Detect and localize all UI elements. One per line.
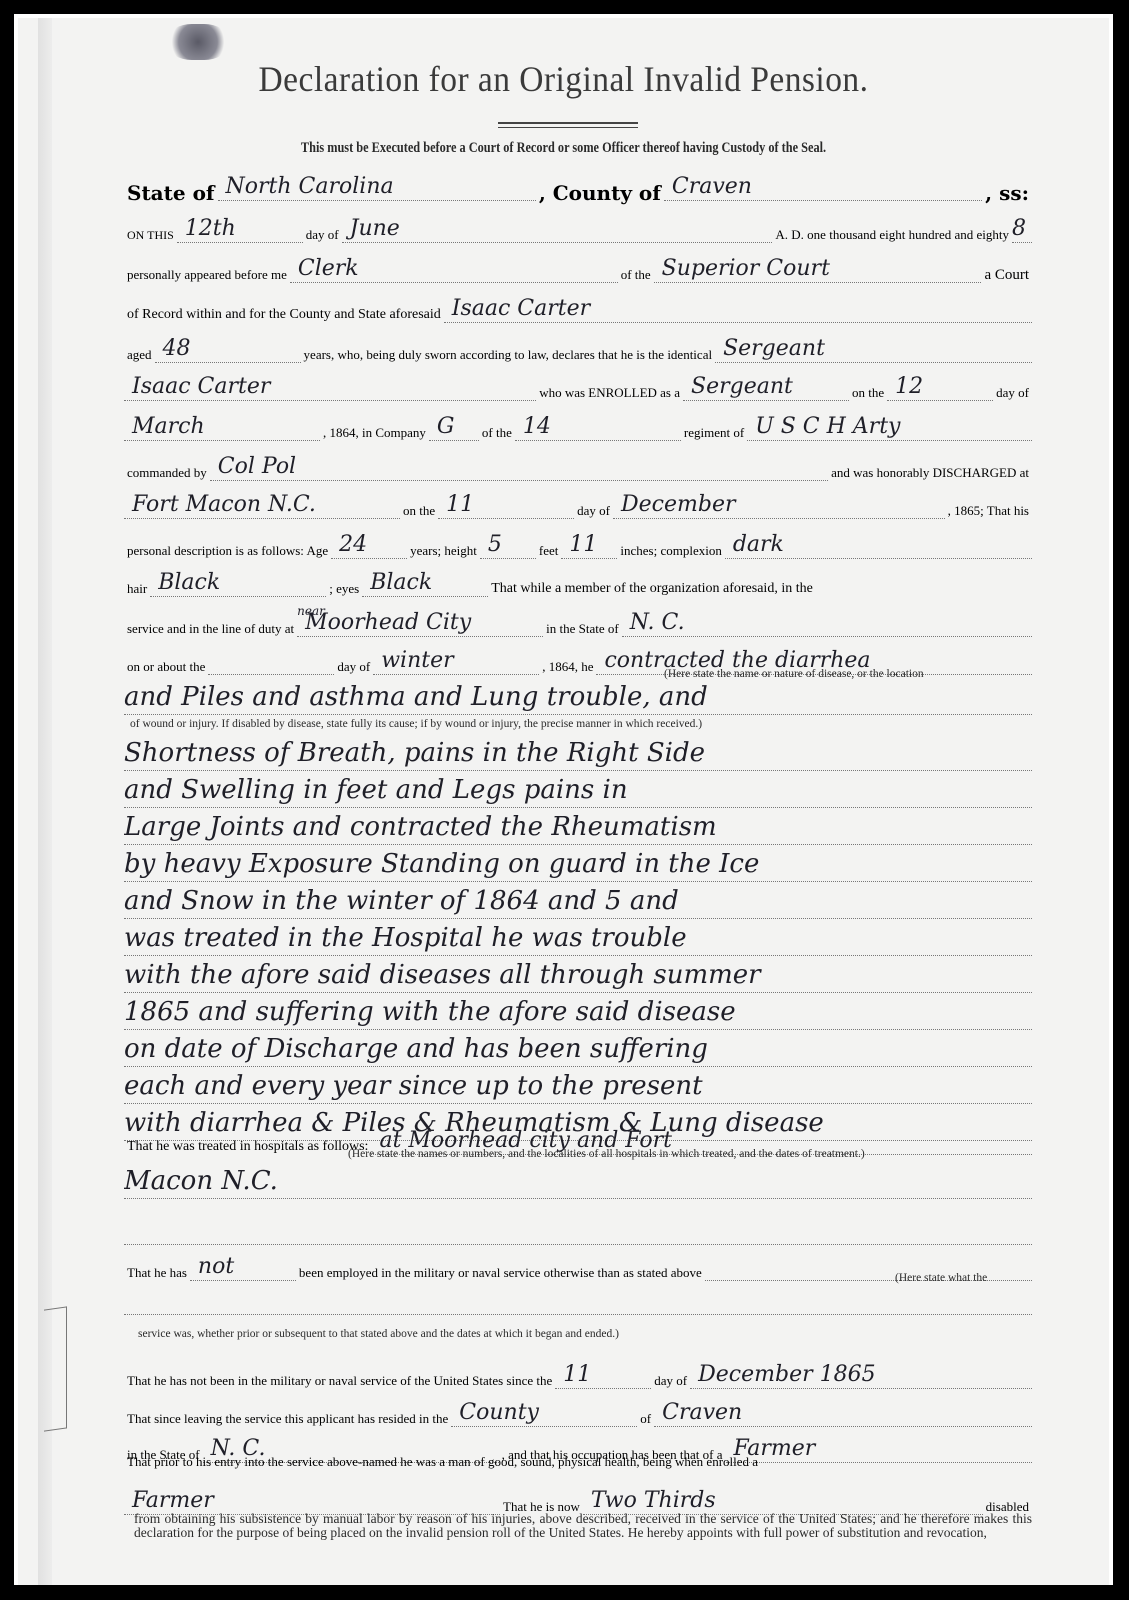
company-field[interactable]: G (429, 414, 479, 441)
hair-label: hair (124, 581, 150, 597)
residence-county-field[interactable]: Craven (654, 1400, 1032, 1427)
complexion-label: inches; complexion (617, 543, 724, 559)
date-line: ON THIS 12th day of June A. D. one thous… (124, 216, 1032, 243)
day-of-label-3: day of (574, 503, 613, 519)
pension-declaration-form: Declaration for an Original Invalid Pens… (18, 18, 1109, 1585)
of-the-label: of the (618, 267, 654, 283)
description-line: personal description is as follows: Age … (124, 532, 1032, 559)
state-of-label: in the State of (543, 621, 622, 637)
about-month-field[interactable]: winter (373, 648, 539, 675)
hospitals-note: (Here state the names or numbers, and th… (348, 1148, 865, 1160)
since-month-field[interactable]: December 1865 (690, 1362, 1032, 1389)
of-the-label-2: of the (479, 425, 515, 441)
rank-identical-field[interactable]: Sergeant (715, 336, 1032, 363)
regiment-number-field[interactable]: 14 (515, 414, 681, 441)
document-title: Declaration for an Original Invalid Pens… (56, 58, 1071, 100)
officer-field[interactable]: Clerk (290, 256, 618, 283)
employment-field[interactable]: not (190, 1254, 296, 1281)
ad-label: A. D. one thousand eight hundred and eig… (772, 227, 1012, 243)
narrative-line-2[interactable]: Shortness of Breath, pains in the Right … (124, 736, 1032, 771)
employment-label-end: been employed in the military or naval s… (296, 1265, 705, 1281)
document-frame: Declaration for an Original Invalid Pens… (14, 14, 1113, 1585)
enroll-year-label: , 1864, in Company (320, 425, 429, 441)
age-field[interactable]: 48 (155, 336, 301, 363)
county-label: , County of (536, 185, 664, 201)
duty-place-prefix: near (297, 598, 325, 624)
month-field[interactable]: June (342, 216, 773, 243)
since-day-field[interactable]: 11 (555, 1362, 651, 1389)
document-subtitle: This must be Executed before a Court of … (116, 140, 1011, 157)
commander-line: commanded by Col Pol and was honorably D… (124, 454, 1032, 481)
narrative-line-11[interactable]: each and every year since up to the pres… (124, 1069, 1032, 1104)
about-year-label: , 1864, he (539, 659, 596, 675)
sworn-label: years, who, being duly sworn according t… (301, 347, 716, 363)
enrolled-label: who was ENROLLED as a (536, 385, 683, 401)
on-the-label: on the (849, 385, 887, 401)
narrative-line-1[interactable]: and Piles and asthma and Lung trouble, a… (124, 680, 1032, 715)
duty-place-field[interactable]: near Moorhead City (297, 610, 543, 637)
narrative-line-4[interactable]: Large Joints and contracted the Rheumati… (124, 810, 1032, 845)
residence-field[interactable]: County (451, 1400, 637, 1427)
narrative-line-8[interactable]: with the afore said diseases all through… (124, 958, 1032, 993)
on-the-label-3: on the (400, 503, 438, 519)
narrative-line-6[interactable]: and Snow in the winter of 1864 and 5 and (124, 884, 1032, 919)
narrative-line-5[interactable]: by heavy Exposure Standing on guard in t… (124, 847, 1032, 882)
year-field[interactable]: 8 (1012, 216, 1032, 243)
discharge-day-field[interactable]: 11 (438, 492, 574, 519)
health-label: That prior to his entry into the service… (124, 1454, 761, 1470)
commander-field[interactable]: Col Pol (210, 454, 828, 481)
about-day-field[interactable] (208, 674, 334, 675)
narrative-line-3[interactable]: and Swelling in feet and Legs pains in (124, 773, 1032, 808)
employment-detail-field-2[interactable] (124, 1284, 1032, 1315)
feet-label: feet (536, 543, 561, 559)
member-label: That while a member of the organization … (488, 581, 816, 597)
commanded-label: commanded by (124, 465, 210, 481)
ink-stain (168, 24, 228, 60)
hair-eyes-line: hair Black ; eyes Black That while a mem… (124, 570, 1032, 597)
height-feet-field[interactable]: 5 (480, 532, 536, 559)
claimant-field[interactable]: Isaac Carter (444, 296, 1032, 323)
disease-note-2: of wound or injury. If disabled by disea… (130, 718, 702, 730)
residence-line: That since leaving the service this appl… (124, 1400, 1032, 1427)
eyes-label: ; eyes (326, 581, 362, 597)
state-label: State of (124, 185, 218, 201)
discharge-year-label: , 1865; That his (945, 503, 1032, 519)
rank-enrolled-field[interactable]: Sergeant (683, 374, 849, 401)
age-line: aged 48 years, who, being duly sworn acc… (124, 336, 1032, 363)
day-of-label-2: day of (993, 385, 1032, 401)
years-height-label: years; height (407, 543, 480, 559)
narrative-line-9[interactable]: 1865 and suffering with the afore said d… (124, 995, 1032, 1030)
court-field[interactable]: Superior Court (654, 256, 982, 283)
employment-note-right: (Here state what the (895, 1272, 987, 1284)
closing-paragraph: from obtaining his subsistence by manual… (134, 1512, 1032, 1540)
employment-label-start: That he has (124, 1265, 190, 1281)
duty-label: service and in the line of duty at (124, 621, 297, 637)
enroll-month-field[interactable]: March (124, 414, 320, 441)
desc-age-field[interactable]: 24 (331, 532, 407, 559)
enrolled-line: Isaac Carter who was ENROLLED as a Serge… (124, 374, 1032, 401)
narrative-line-7[interactable]: was treated in the Hospital he was troub… (124, 921, 1032, 956)
complexion-field[interactable]: dark (725, 532, 1032, 559)
discharged-label: and was honorably DISCHARGED at (828, 465, 1032, 481)
title-divider-2 (498, 127, 638, 128)
state-field[interactable]: North Carolina (218, 174, 536, 201)
regiment-field[interactable]: U S C H Arty (747, 414, 1032, 441)
appeared-line: personally appeared before me Clerk of t… (124, 256, 1032, 283)
about-label: on or about the (124, 659, 208, 675)
day-field[interactable]: 12th (177, 216, 303, 243)
of-record-label: of Record within and for the County and … (124, 307, 444, 323)
since-label: That he has not been in the military or … (124, 1373, 555, 1389)
a-court-label: a Court (981, 267, 1032, 283)
height-inches-field[interactable]: 11 (561, 532, 617, 559)
employment-note-2: service was, whether prior or subsequent… (138, 1328, 619, 1340)
hair-field[interactable]: Black (150, 570, 326, 597)
description-label: personal description is as follows: Age (124, 543, 331, 559)
county-field[interactable]: Craven (664, 174, 982, 201)
appeared-label: personally appeared before me (124, 267, 290, 283)
enroll-day-field[interactable]: 12 (887, 374, 993, 401)
residence-label: That since leaving the service this appl… (124, 1411, 451, 1427)
hospitals-field-2[interactable]: Macon N.C. (124, 1164, 1032, 1199)
regiment-of-label: regiment of (681, 425, 747, 441)
eyes-field[interactable]: Black (362, 570, 488, 597)
day-of-label: day of (303, 227, 342, 243)
since-line: That he has not been in the military or … (124, 1362, 1032, 1389)
on-this-label: ON THIS (124, 227, 177, 243)
hospitals-label: That he was treated in hospitals as foll… (124, 1139, 371, 1155)
discharge-place-field[interactable]: Fort Macon N.C. (124, 492, 400, 519)
duty-place-value: Moorhead City (305, 610, 471, 635)
company-line: March , 1864, in Company G of the 14 reg… (124, 414, 1032, 441)
title-divider (498, 122, 638, 124)
duty-line: service and in the line of duty at near … (124, 610, 1032, 637)
narrative-line-10[interactable]: on date of Discharge and has been suffer… (124, 1032, 1032, 1067)
claimant-line: of Record within and for the County and … (124, 296, 1032, 323)
hospitals-field-3[interactable] (124, 1214, 1032, 1245)
discharge-line: Fort Macon N.C. on the 11 day of Decembe… (124, 492, 1032, 519)
residence-of-label: of (637, 1411, 654, 1427)
state-county-line: State of North Carolina , County of Crav… (124, 174, 1032, 201)
duty-state-field[interactable]: N. C. (622, 610, 1032, 637)
about-day-of-label: day of (334, 659, 373, 675)
discharge-month-field[interactable]: December (613, 492, 945, 519)
margin-bracket-mark (44, 1306, 67, 1431)
aged-label: aged (124, 347, 155, 363)
since-day-of-label: day of (651, 1373, 690, 1389)
health-line: That prior to his entry into the service… (124, 1454, 1032, 1470)
disease-note-1: (Here state the name or nature of diseas… (664, 668, 924, 680)
name-field[interactable]: Isaac Carter (124, 374, 536, 401)
ss-label: , ss: (982, 185, 1032, 201)
